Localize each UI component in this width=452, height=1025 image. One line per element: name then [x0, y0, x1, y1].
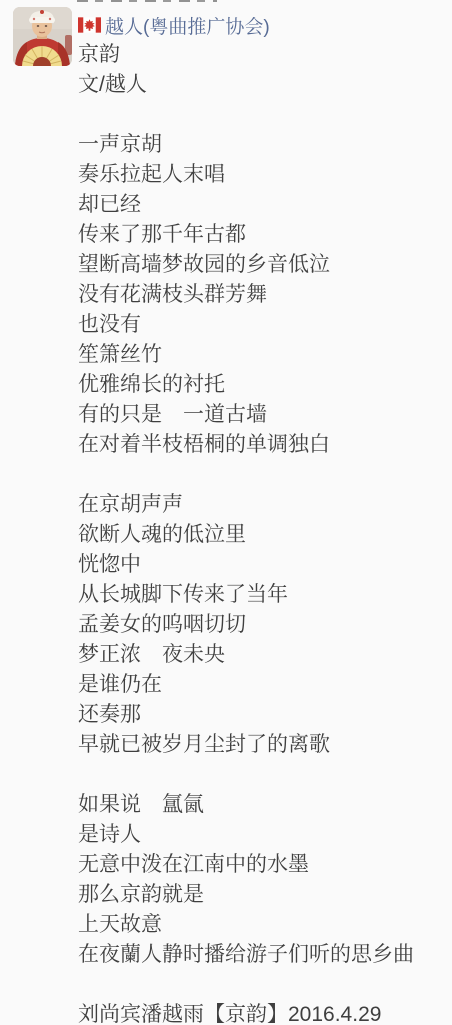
poem-line: 是诗人 [78, 820, 444, 850]
poem-line: 还奏那 [78, 700, 444, 730]
poem-line: 上天故意 [78, 910, 444, 940]
poem-line: 笙箫丝竹 [78, 340, 444, 370]
username-text: 越人(粤曲推广协会) [105, 12, 270, 39]
poem-stanza: 一声京胡奏乐拉起人末唱却已经传来了那千年古都望断高墙梦故园的乡音低泣没有花满枝头… [78, 130, 444, 460]
poem-line: 优雅绵长的衬托 [78, 370, 444, 400]
poem-line: 在京胡声声 [78, 490, 444, 520]
poem-line: 孟姜女的呜咽切切 [78, 610, 444, 640]
poem-line: 欲断人魂的低泣里 [78, 520, 444, 550]
poem-line: 也没有 [78, 310, 444, 340]
post-title: 京韵 [78, 40, 444, 70]
avatar-illustration [13, 7, 72, 66]
poem-stanza: 在京胡声声欲断人魂的低泣里恍惚中从长城脚下传来了当年孟姜女的呜咽切切梦正浓 夜未… [78, 490, 444, 760]
cropped-previous-content [77, 0, 217, 2]
avatar[interactable] [13, 7, 72, 66]
poem-line: 有的只是 一道古墙 [78, 400, 444, 430]
post-signature: 刘尚宾潘越雨【京韵】2016.4.29 [78, 1000, 444, 1025]
username[interactable]: 越人(粤曲推广协会) [78, 10, 444, 40]
poem-line: 无意中泼在江南中的水墨 [78, 850, 444, 880]
poem-line: 传来了那千年古都 [78, 220, 444, 250]
poem-line: 从长城脚下传来了当年 [78, 580, 444, 610]
poem-line: 一声京胡 [78, 130, 444, 160]
poem-line: 在夜蘭人静时播给游子们听的思乡曲 [78, 940, 444, 970]
poem-line: 梦正浓 夜未央 [78, 640, 444, 670]
poem-line: 如果说 氲氤 [78, 790, 444, 820]
poem-line: 是谁仍在 [78, 670, 444, 700]
poem-stanzas: 一声京胡奏乐拉起人末唱却已经传来了那千年古都望断高墙梦故园的乡音低泣没有花满枝头… [78, 130, 444, 970]
poem-line: 却已经 [78, 190, 444, 220]
poem-line: 望断高墙梦故园的乡音低泣 [78, 250, 444, 280]
canada-flag-icon [78, 17, 101, 33]
post-byline: 文/越人 [78, 70, 444, 100]
poem-line: 奏乐拉起人末唱 [78, 160, 444, 190]
post: 越人(粤曲推广协会) 京韵 文/越人 一声京胡奏乐拉起人末唱却已经传来了那千年古… [78, 10, 444, 1025]
poem-line: 在对着半枝梧桐的单调独白 [78, 430, 444, 460]
poem-line: 早就已被岁月尘封了的离歌 [78, 730, 444, 760]
poem-stanza: 如果说 氲氤是诗人无意中泼在江南中的水墨那么京韵就是上天故意在夜蘭人静时播给游子… [78, 790, 444, 970]
poem-line: 恍惚中 [78, 550, 444, 580]
poem-line: 那么京韵就是 [78, 880, 444, 910]
poem-line: 没有花满枝头群芳舞 [78, 280, 444, 310]
